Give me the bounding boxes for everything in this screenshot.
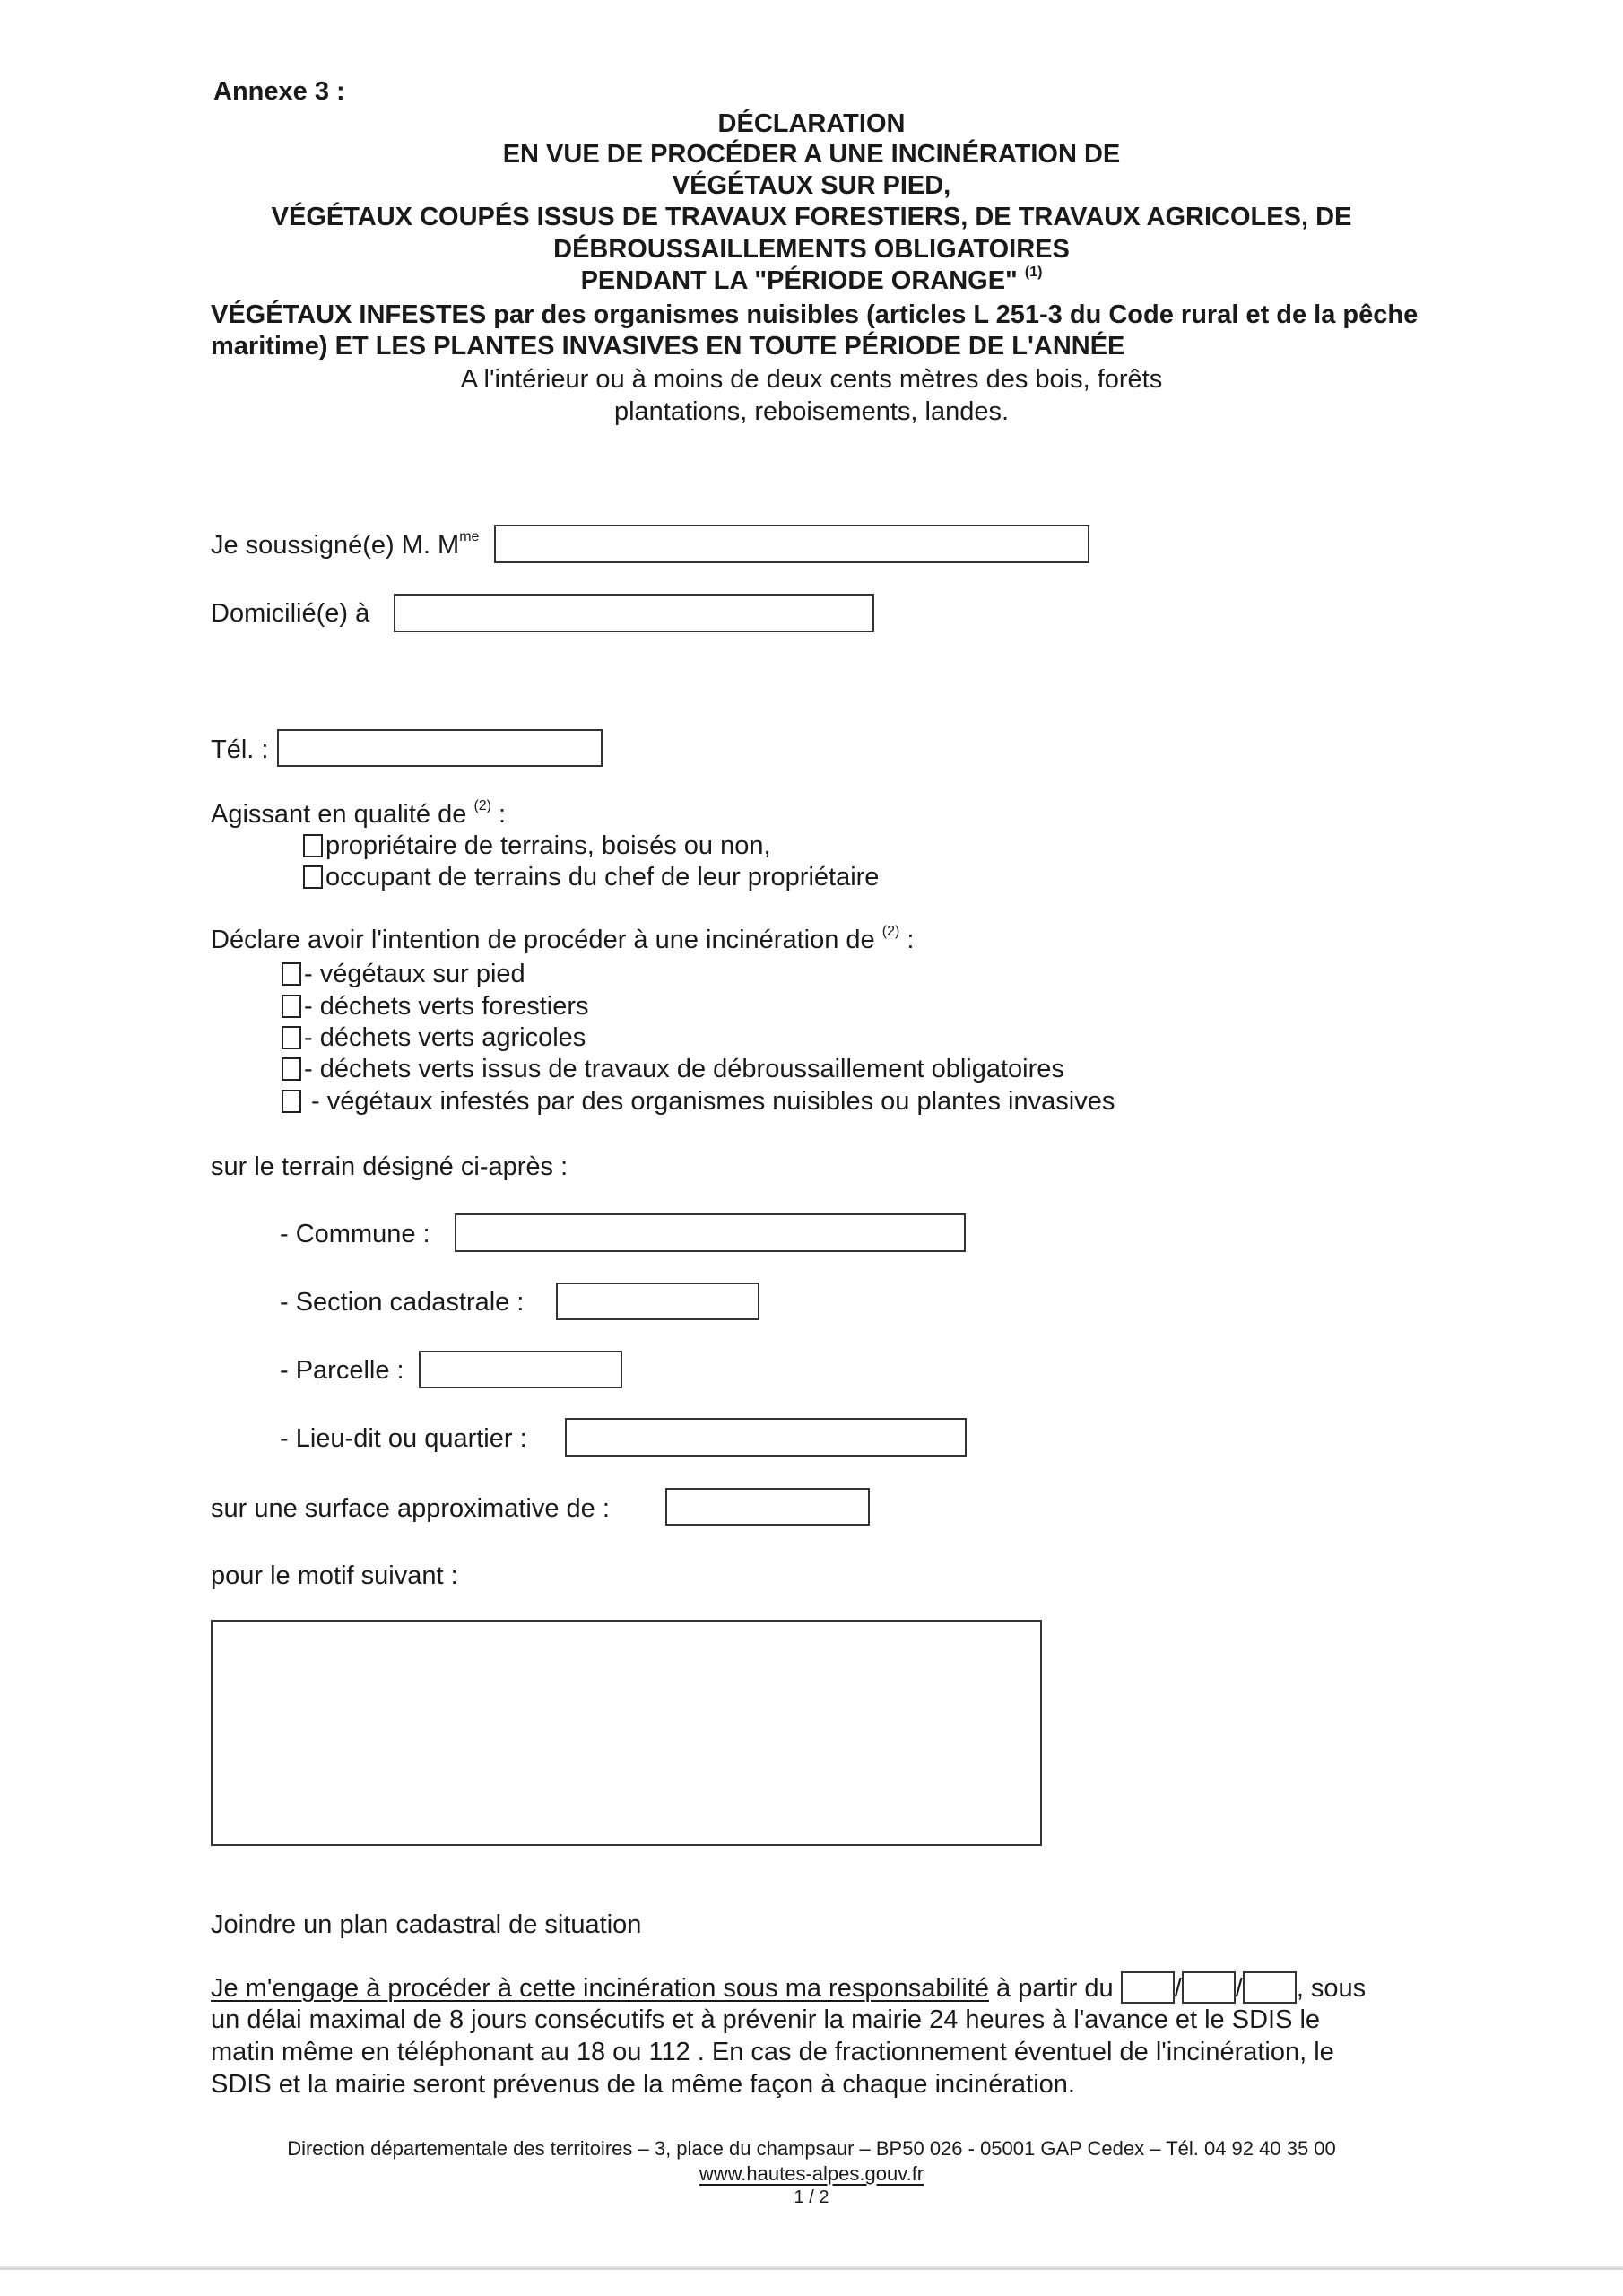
checkbox[interactable] (282, 1026, 301, 1049)
date-day-field[interactable] (1121, 1971, 1175, 2004)
date-year-field[interactable] (1243, 1971, 1297, 2004)
commune-label: - Commune : (280, 1218, 430, 1250)
checkbox[interactable] (282, 1090, 301, 1113)
checkbox[interactable] (303, 865, 323, 889)
footer-address: Direction départementale des territoires… (0, 2136, 1623, 2161)
title-line: DÉCLARATION (0, 108, 1623, 140)
date-separator: / (1236, 1974, 1243, 2003)
option-label: - déchets verts forestiers (304, 992, 589, 1021)
section-field[interactable] (556, 1283, 759, 1320)
checkbox[interactable] (282, 962, 301, 986)
title-text: par des organismes nuisibles (articles L… (486, 300, 1418, 329)
subtitle-line: A l'intérieur ou à moins de deux cents m… (0, 363, 1623, 396)
footnote-ref: (2) (473, 798, 491, 813)
title-text: maritime) (211, 332, 328, 361)
option-label: - végétaux sur pied (304, 960, 525, 988)
commitment-text: à partir du (989, 1974, 1121, 2003)
footer-website-link[interactable]: www.hautes-alpes.gouv.fr (699, 2162, 924, 2185)
lieudit-label: - Lieu-dit ou quartier : (280, 1422, 527, 1455)
option-label: - déchets verts issus de travaux de débr… (304, 1055, 1064, 1083)
capacity-heading: Agissant en qualité de (2) : (211, 798, 506, 831)
annex-label: Annexe 3 : (213, 75, 345, 108)
title-line: VÉGÉTAUX COUPÉS ISSUS DE TRAVAUX FORESTI… (0, 201, 1623, 233)
commitment-line-4: SDIS et la mairie seront prévenus de la … (211, 2068, 1075, 2100)
intent-option-agricultural-waste[interactable]: - déchets verts agricoles (282, 1022, 586, 1054)
title-text: ET LES PLANTES INVASIVES EN TOUTE PÉRIOD… (328, 332, 1125, 361)
name-label-text: Je soussigné(e) M. M (211, 531, 459, 560)
footnote-ref: (1) (1025, 265, 1043, 280)
phone-field[interactable] (277, 729, 603, 767)
commitment-line-1: Je m'engage à procéder à cette incinérat… (211, 1971, 1484, 2005)
surface-label: sur une surface approximative de : (211, 1492, 610, 1525)
lieudit-field[interactable] (565, 1418, 967, 1457)
page-edge (0, 2266, 1623, 2270)
footnote-ref: (2) (882, 924, 900, 939)
colon: : (899, 926, 914, 954)
section-label: - Section cadastrale : (280, 1286, 524, 1318)
commitment-underlined: Je m'engage à procéder à cette incinérat… (211, 1974, 989, 2003)
footer-website-wrap: www.hautes-alpes.gouv.fr (0, 2161, 1623, 2187)
commitment-line-3: matin même en téléphonant au 18 ou 112 .… (211, 2036, 1334, 2068)
terrain-heading: sur le terrain désigné ci-après : (211, 1151, 568, 1183)
intent-option-standing-plants[interactable]: - végétaux sur pied (282, 958, 525, 990)
commitment-text: , sous (1297, 1974, 1366, 2003)
attach-note: Joindre un plan cadastral de situation (211, 1909, 641, 1941)
parcelle-field[interactable] (419, 1351, 622, 1388)
date-month-field[interactable] (1182, 1971, 1236, 2004)
title-line: DÉBROUSSAILLEMENTS OBLIGATOIRES (0, 233, 1623, 265)
motif-label: pour le motif suivant : (211, 1560, 458, 1592)
title-text: VÉGÉTAUX INFESTES (211, 300, 486, 329)
address-field[interactable] (394, 594, 874, 632)
capacity-heading-text: Agissant en qualité de (211, 800, 466, 829)
checkbox[interactable] (282, 995, 301, 1018)
checkbox[interactable] (303, 834, 323, 857)
capacity-option-occupant[interactable]: occupant de terrains du chef de leur pro… (303, 861, 879, 893)
intent-heading-text: Déclare avoir l'intention de procéder à … (211, 926, 875, 954)
name-field[interactable] (494, 525, 1089, 563)
option-label: occupant de terrains du chef de leur pro… (325, 863, 879, 891)
phone-label: Tél. : (211, 734, 268, 766)
option-label: - déchets verts agricoles (304, 1023, 586, 1052)
page-number: 1 / 2 (0, 2185, 1623, 2210)
intent-option-forest-waste[interactable]: - déchets verts forestiers (282, 990, 589, 1022)
title-text: PENDANT LA "PÉRIODE ORANGE" (581, 266, 1018, 295)
intent-option-infested-plants[interactable]: - végétaux infestés par des organismes n… (282, 1085, 1115, 1118)
intent-heading: Déclare avoir l'intention de procéder à … (211, 924, 914, 956)
intent-option-clearing-waste[interactable]: - déchets verts issus de travaux de débr… (282, 1053, 1064, 1085)
checkbox[interactable] (282, 1057, 301, 1081)
commune-field[interactable] (455, 1213, 966, 1252)
motif-textarea[interactable] (211, 1620, 1042, 1846)
surface-field[interactable] (665, 1488, 870, 1526)
title-line: VÉGÉTAUX INFESTES par des organismes nui… (211, 299, 1418, 331)
address-label: Domicilié(e) à (211, 597, 369, 630)
title-line: VÉGÉTAUX SUR PIED, (0, 170, 1623, 202)
date-separator: / (1175, 1974, 1182, 2003)
capacity-option-owner[interactable]: propriétaire de terrains, boisés ou non, (303, 830, 771, 862)
option-label: - végétaux infestés par des organismes n… (304, 1087, 1115, 1116)
name-label-sup: me (459, 529, 479, 544)
commitment-line-2: un délai maximal de 8 jours consécutifs … (211, 2004, 1320, 2036)
parcelle-label: - Parcelle : (280, 1354, 404, 1387)
title-line: EN VUE DE PROCÉDER A UNE INCINÉRATION DE (0, 138, 1623, 170)
option-label: propriétaire de terrains, boisés ou non, (325, 831, 771, 860)
subtitle-line: plantations, reboisements, landes. (0, 396, 1623, 428)
title-line: maritime) ET LES PLANTES INVASIVES EN TO… (211, 330, 1124, 362)
title-line: PENDANT LA "PÉRIODE ORANGE" (1) (0, 265, 1623, 297)
colon: : (491, 800, 506, 829)
name-label: Je soussigné(e) M. Mme (211, 529, 479, 561)
